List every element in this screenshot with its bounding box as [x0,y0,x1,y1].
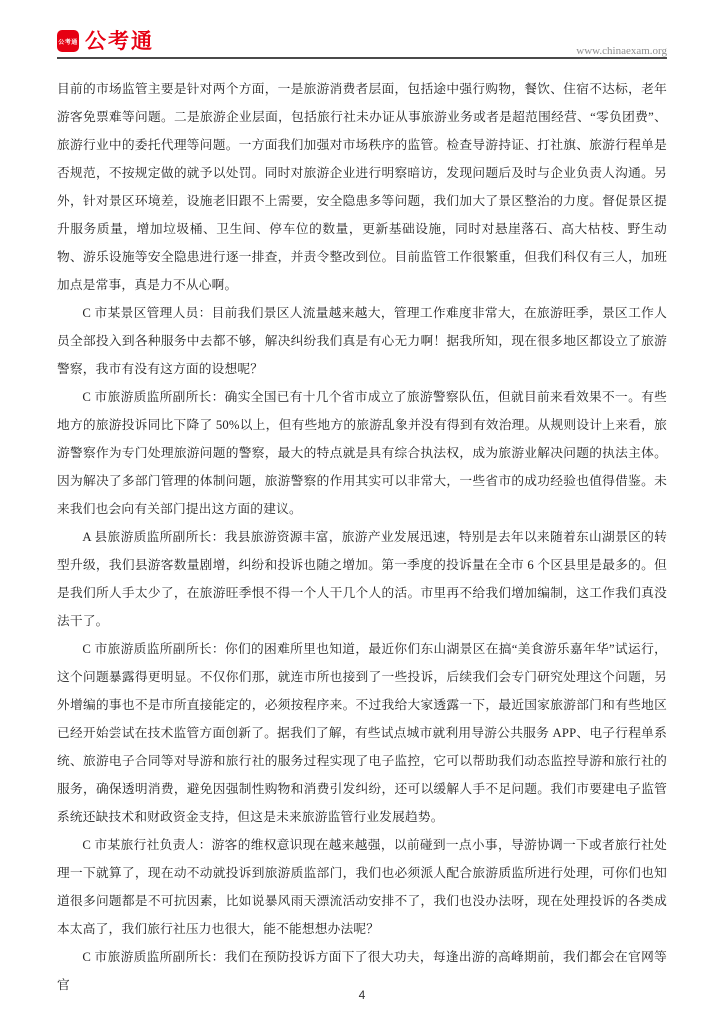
header-divider [57,57,667,59]
paragraph: C 市某景区管理人员：目前我们景区人流量越来越大，管理工作难度非常大，在旅游旺季… [57,299,667,383]
brand-logo: 公考通 公考通 [57,30,154,52]
page-header: 公考通 公考通 www.chinaexam.org [57,28,667,58]
paragraph: 目前的市场监管主要是针对两个方面，一是旅游消费者层面，包括途中强行购物，餐饮、住… [57,75,667,299]
paragraph: C 市旅游质监所副所长：确实全国已有十几个省市成立了旅游警察队伍，但就目前来看效… [57,383,667,523]
page-footer: 4 [0,986,724,1004]
document-body: 目前的市场监管主要是针对两个方面，一是旅游消费者层面，包括途中强行购物，餐饮、住… [57,75,667,999]
page-number: 4 [359,988,366,1002]
paragraph: C 市某旅行社负责人：游客的维权意识现在越来越强，以前碰到一点小事，导游协调一下… [57,831,667,943]
brand-logo-icon: 公考通 [57,30,79,52]
document-page: 公考通 公考通 www.chinaexam.org 目前的市场监管主要是针对两个… [0,0,724,1024]
site-url: www.chinaexam.org [576,45,667,57]
brand-logo-text: 公考通 [85,31,154,52]
paragraph: C 市旅游质监所副所长：你们的困难所里也知道，最近你们东山湖景区在搞“美食游乐嘉… [57,635,667,831]
paragraph: A 县旅游质监所副所长：我县旅游资源丰富，旅游产业发展迅速，特别是去年以来随着东… [57,523,667,635]
